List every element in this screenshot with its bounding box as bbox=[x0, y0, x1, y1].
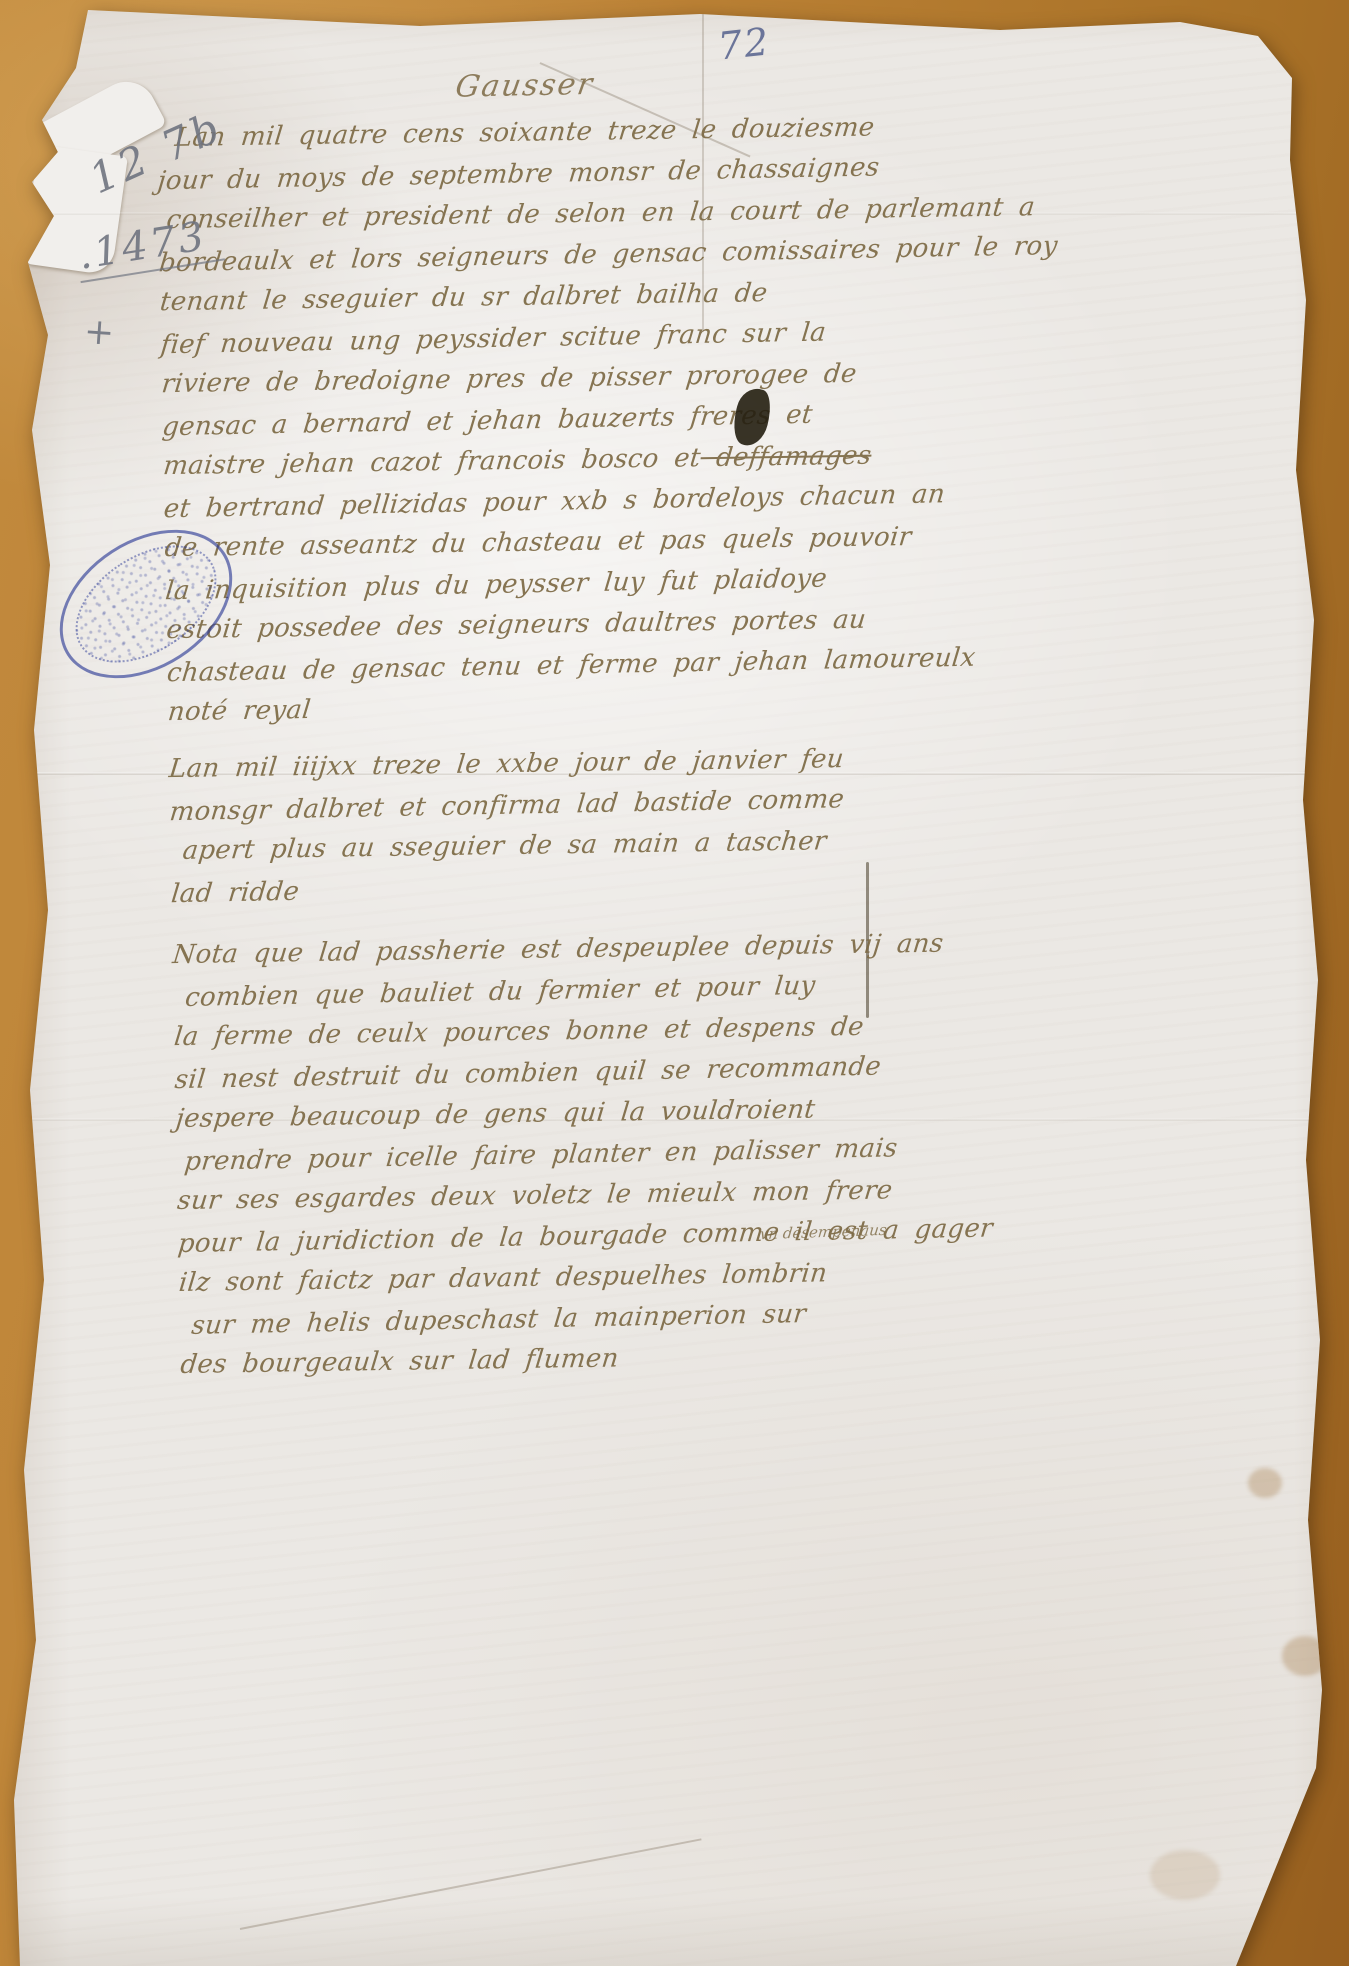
handwritten-text-block: Gausser Lan mil quatre cens soixante tre… bbox=[155, 57, 1140, 1388]
worm-hole bbox=[1322, 1788, 1344, 1806]
paragraph-1: Lan mil quatre cens soixante treze le do… bbox=[156, 102, 1128, 735]
stain-spot bbox=[1150, 1850, 1220, 1900]
stain-spot bbox=[1248, 1468, 1282, 1498]
paragraph-2: Lan mil iiijxx treze le xxbe jour de jan… bbox=[168, 733, 1131, 915]
worm-hole bbox=[1324, 1888, 1344, 1904]
struck-through-word: deffamages bbox=[699, 441, 873, 474]
fold-crease bbox=[240, 1838, 702, 1930]
folio-number: 72 bbox=[716, 19, 773, 68]
paragraph-3: Nota que lad passherie est despeuplee de… bbox=[172, 919, 1140, 1388]
worm-hole bbox=[1330, 1830, 1346, 1844]
margin-cross-mark: + bbox=[83, 311, 116, 354]
heading-flourish: Gausser bbox=[453, 57, 1118, 105]
manuscript-paper: Gausser Lan mil quatre cens soixante tre… bbox=[0, 0, 1349, 1966]
stain-spot bbox=[1282, 1636, 1328, 1676]
paper-shadow-wrap: Gausser Lan mil quatre cens soixante tre… bbox=[0, 0, 1349, 1966]
manuscript-photo: Gausser Lan mil quatre cens soixante tre… bbox=[0, 0, 1349, 1966]
